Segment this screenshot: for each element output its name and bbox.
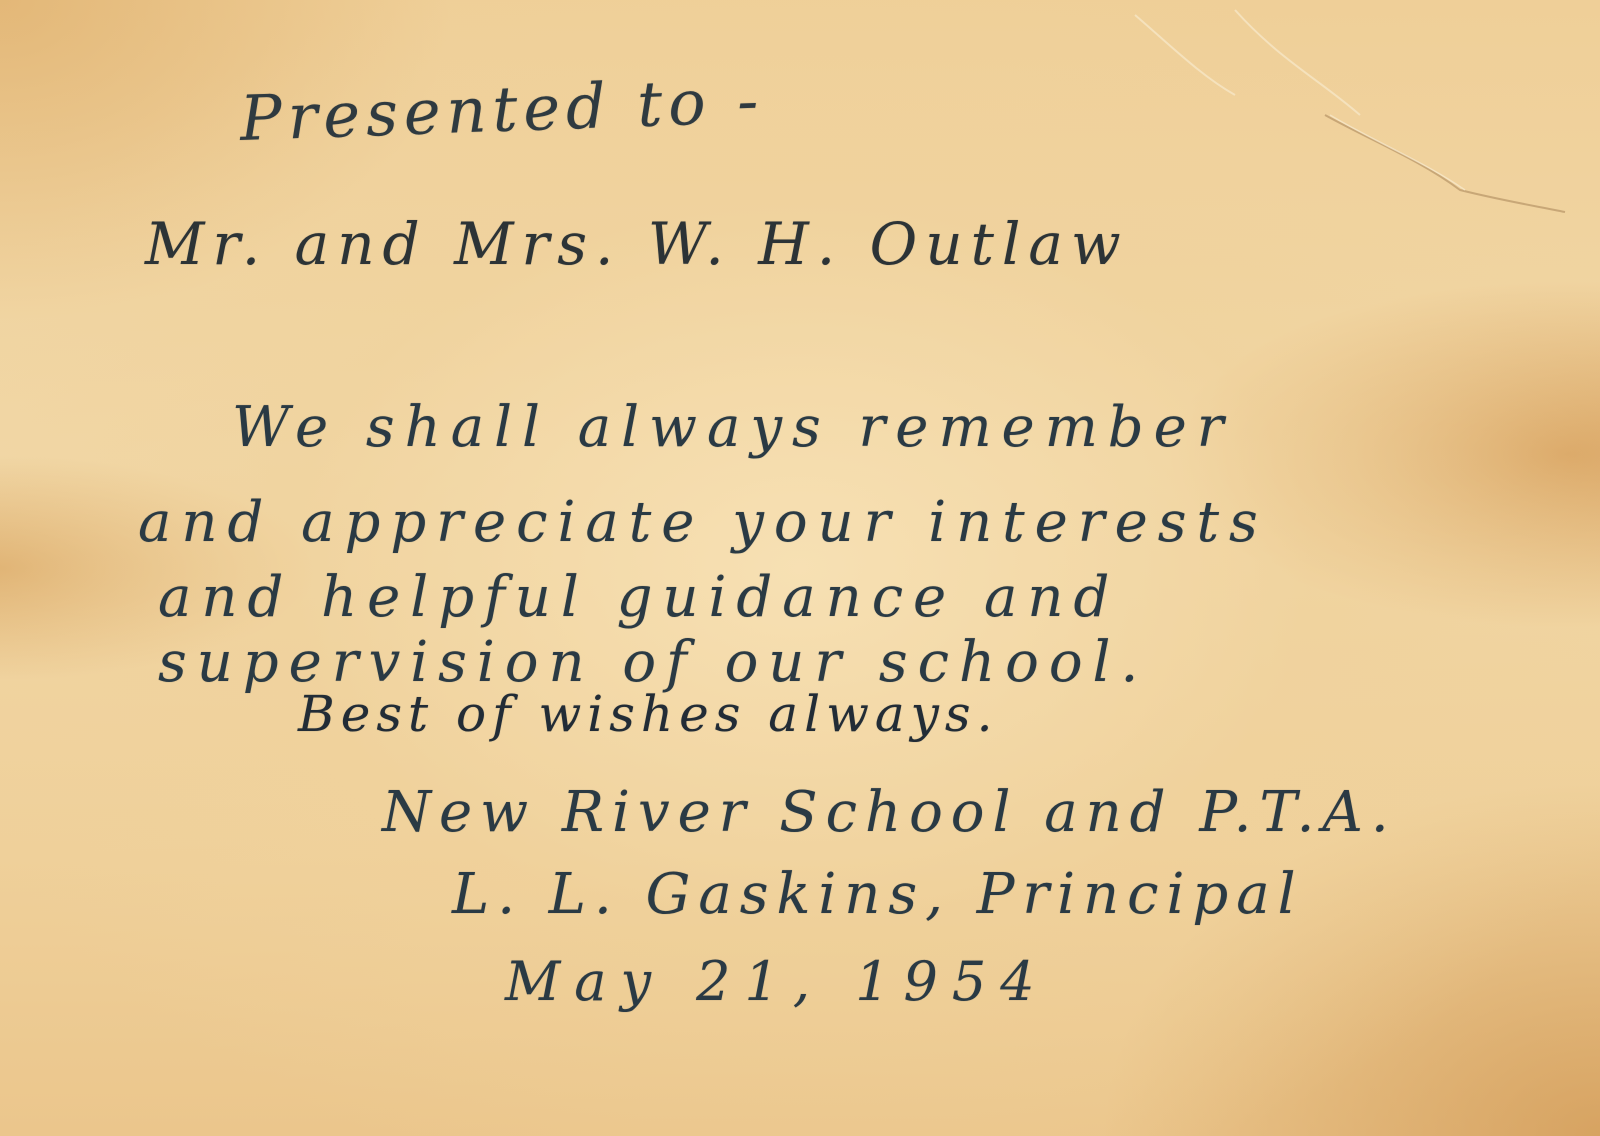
recipient-name: Mr. and Mrs. W. H. Outlaw bbox=[145, 210, 1129, 278]
closing: Best of wishes always. bbox=[298, 685, 998, 743]
body-line: We shall always remember bbox=[232, 395, 1234, 460]
body-line: and helpful guidance and bbox=[158, 565, 1119, 630]
signature-organization: New River School and P.T.A. bbox=[382, 780, 1397, 845]
signature-signer: L. L. Gaskins, Principal bbox=[452, 862, 1304, 927]
body-line: and appreciate your interests bbox=[138, 490, 1268, 555]
date: May 21, 1954 bbox=[505, 950, 1049, 1013]
